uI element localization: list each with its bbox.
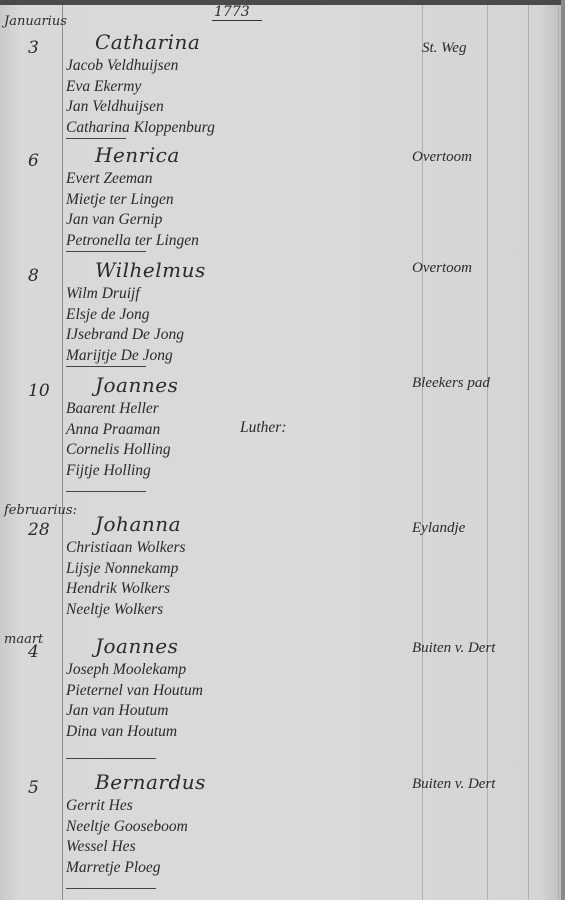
column-rule [422,5,423,900]
person-name: Joseph Moolekamp [66,660,203,681]
entry-day: 5 [28,778,39,798]
person-name: Marijtje De Jong [66,346,184,367]
register-page: 1773 Januarius februarius: maart 3 Catha… [0,0,565,900]
person-name: Jacob Veldhuijsen [66,56,215,77]
month-label-january: Januarius [4,14,67,29]
entry-day: 3 [28,38,39,58]
person-name: Neeltje Gooseboom [66,817,188,838]
person-name: Neeltje Wolkers [66,600,186,621]
column-rule [487,5,488,900]
person-name: Lijsje Nonnekamp [66,559,186,580]
page-top-edge [0,0,565,5]
child-name: Joannes [95,373,178,397]
person-name: Christiaan Wolkers [66,538,186,559]
person-name: Dina van Houtum [66,722,203,743]
child-name: Henrica [95,143,180,167]
entry-day: 28 [28,520,50,540]
person-name: Mietje ter Lingen [66,190,199,211]
month-label-february: februarius: [4,503,77,518]
parents-witnesses: Jacob Veldhuijsen Eva Ekermy Jan Veldhui… [66,56,215,138]
parents-witnesses: Evert Zeeman Mietje ter Lingen Jan van G… [66,169,199,251]
parents-witnesses: Wilm Druijf Elsje de Jong IJsebrand De J… [66,284,184,366]
entry-separator [66,366,146,367]
entry-separator [66,888,156,889]
entry-location: Bleekers pad [412,375,490,392]
parents-witnesses: Baarent Heller Anna Praaman Cornelis Hol… [66,399,171,481]
person-name: Catharina Kloppenburg [66,118,215,139]
child-name: Johanna [95,512,181,536]
entry-day: 6 [28,151,39,171]
person-name: Fijtje Holling [66,461,171,482]
person-name: Marretje Ploeg [66,858,188,879]
person-name: Anna Praaman [66,420,171,441]
person-name: Jan van Houtum [66,701,203,722]
entry-location: Eylandje [412,520,465,537]
entry-separator [66,758,156,759]
page-right-edge [561,0,565,900]
child-name: Bernardus [95,770,206,794]
person-name: Cornelis Holling [66,440,171,461]
person-name: Gerrit Hes [66,796,188,817]
person-name: Baarent Heller [66,399,171,420]
child-name: Joannes [95,634,178,658]
entry-location: Overtoom [412,149,472,166]
parents-witnesses: Gerrit Hes Neeltje Gooseboom Wessel Hes … [66,796,188,878]
person-name: Elsje de Jong [66,305,184,326]
column-rule [558,5,559,900]
entry-location: Buiten v. Dert [412,640,495,657]
person-name: Wessel Hes [66,837,188,858]
parents-witnesses: Joseph Moolekamp Pieternel van Houtum Ja… [66,660,203,742]
person-name: Wilm Druijf [66,284,184,305]
entry-location: St. Weg [422,40,466,57]
person-name: Hendrik Wolkers [66,579,186,600]
entry-location: Buiten v. Dert [412,776,495,793]
child-name: Catharina [95,30,200,54]
person-name: Petronella ter Lingen [66,231,199,252]
person-name: Jan Veldhuijsen [66,97,215,118]
entry-day: 4 [28,642,39,662]
person-name: IJsebrand De Jong [66,325,184,346]
person-name: Evert Zeeman [66,169,199,190]
child-name: Wilhelmus [95,258,206,282]
margin-rule [62,5,63,900]
entry-separator [66,251,146,252]
entry-separator [66,491,146,492]
entry-day: 10 [28,381,50,401]
person-name: Pieternel van Houtum [66,681,203,702]
entry-location: Overtoom [412,260,472,277]
entry-note: Luther: [240,419,287,437]
page-number: 1773 [212,4,262,21]
parents-witnesses: Christiaan Wolkers Lijsje Nonnekamp Hend… [66,538,186,620]
person-name: Jan van Gernip [66,210,199,231]
person-name: Eva Ekermy [66,77,215,98]
entry-separator [66,138,126,139]
column-rule [528,5,529,900]
entry-day: 8 [28,266,39,286]
